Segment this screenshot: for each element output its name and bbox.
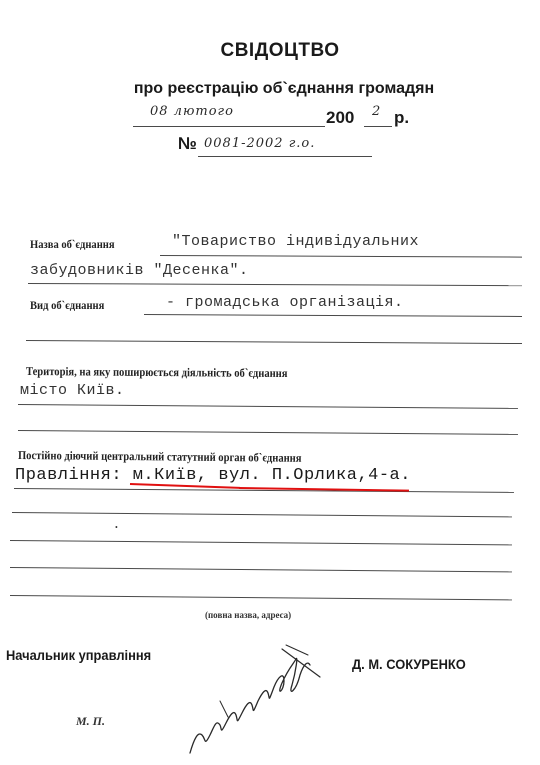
type-rule-2 <box>26 340 522 344</box>
blank-rule-2 <box>10 540 512 545</box>
blank-rule-1 <box>12 512 512 517</box>
name-label: Назва об`єднання <box>30 237 115 252</box>
stamp-place-label: М. П. <box>76 714 105 729</box>
territory-label: Територія, на яку поширюється діяльність… <box>26 364 288 381</box>
position-label: Начальник управління <box>6 647 151 663</box>
number-label: № <box>178 134 197 154</box>
name-rule-1 <box>160 255 522 258</box>
name-rule-2 <box>28 283 522 286</box>
territory-rule-2 <box>18 430 518 435</box>
territory-rule-1 <box>18 404 518 409</box>
caption-full-name-address: (повна назва, адреса) <box>205 610 291 620</box>
type-label: Вид об`єднання <box>30 298 104 313</box>
number-underline <box>198 156 372 157</box>
document-title: СВІДОЦТВО <box>0 40 540 62</box>
date-year-label: р. <box>394 108 409 128</box>
year-underline <box>364 126 392 127</box>
blank-rule-4 <box>10 595 512 600</box>
date-day-month: 08 лютого <box>150 104 234 119</box>
governing-body-label: Постійно діючий центральний статутний ор… <box>18 448 302 466</box>
date-underline <box>133 126 325 127</box>
document-subtitle: про реєстрацію об`єднання громадян <box>0 80 540 98</box>
governing-body-value: Правління: м.Київ, вул. П.Орлика,4-а. <box>15 466 411 485</box>
signatory-name: Д. М. СОКУРЕНКО <box>352 656 466 672</box>
signature-icon <box>180 635 330 760</box>
number-value: 0081-2002 г.о. <box>204 136 315 151</box>
date-year-suffix: 2 <box>372 104 381 119</box>
name-value-line2: забудовників "Десенка". <box>30 262 249 279</box>
name-value-line1: "Товариство індивідуальних <box>172 233 419 250</box>
ink-speck: • <box>115 523 118 532</box>
type-value: - громадська організація. <box>166 294 404 311</box>
type-rule-1 <box>144 314 522 317</box>
date-year-prefix: 200 <box>326 108 354 128</box>
blank-rule-3 <box>10 567 512 572</box>
territory-value: місто Київ. <box>20 382 125 399</box>
